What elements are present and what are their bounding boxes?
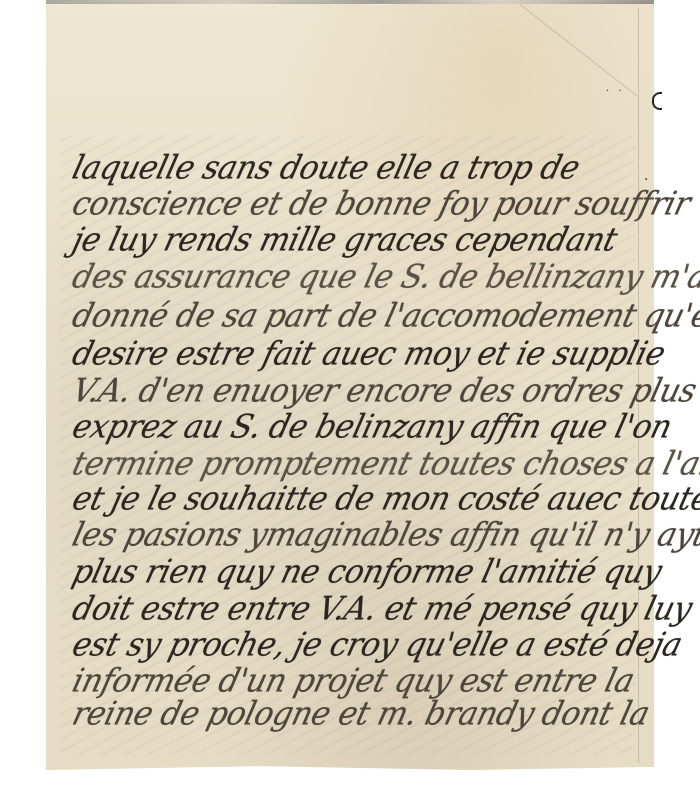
paper-torn-top-edge xyxy=(46,0,654,4)
manuscript-line: conscience et de bonne foy pour souffrir xyxy=(68,184,658,225)
manuscript-line: laquelle sans doute elle a trop de xyxy=(68,148,658,189)
manuscript-line: est sy proche, je croy qu'elle a esté de… xyxy=(68,625,658,666)
manuscript-line: je luy rends mille graces cependant xyxy=(68,220,658,261)
manuscript-line: doit estre entre V.A. et mé pensé quy lu… xyxy=(68,589,658,630)
manuscript-line: et je le souhaitte de mon costé auec tou… xyxy=(68,479,658,520)
manuscript-line: desire estre fait auec moy et ie supplie xyxy=(68,334,658,375)
manuscript-line: exprez au S. de belinzany affin que l'on xyxy=(68,407,658,448)
manuscript-line: reine de pologne et m. brandy dont la xyxy=(68,694,658,735)
manuscript-line: V.A. d'en enuoyer encore des ordres plus xyxy=(68,371,658,412)
manuscript-text: laquelle sans doute elle a trop de consc… xyxy=(68,150,648,735)
margin-ink-mark xyxy=(652,92,662,110)
manuscript-line: donné de sa part de l'accomodement qu'el… xyxy=(68,296,658,337)
manuscript-line: les pasions ymaginables affin qu'il n'y … xyxy=(68,515,658,556)
manuscript-line: des assurance que le S. de bellinzany m'… xyxy=(68,257,658,298)
manuscript-line: plus rien quy ne conforme l'amitié quy xyxy=(68,552,658,593)
ink-specks: · · xyxy=(606,86,625,97)
document-scan: · · . laquelle sans doute elle a trop de… xyxy=(0,0,700,800)
